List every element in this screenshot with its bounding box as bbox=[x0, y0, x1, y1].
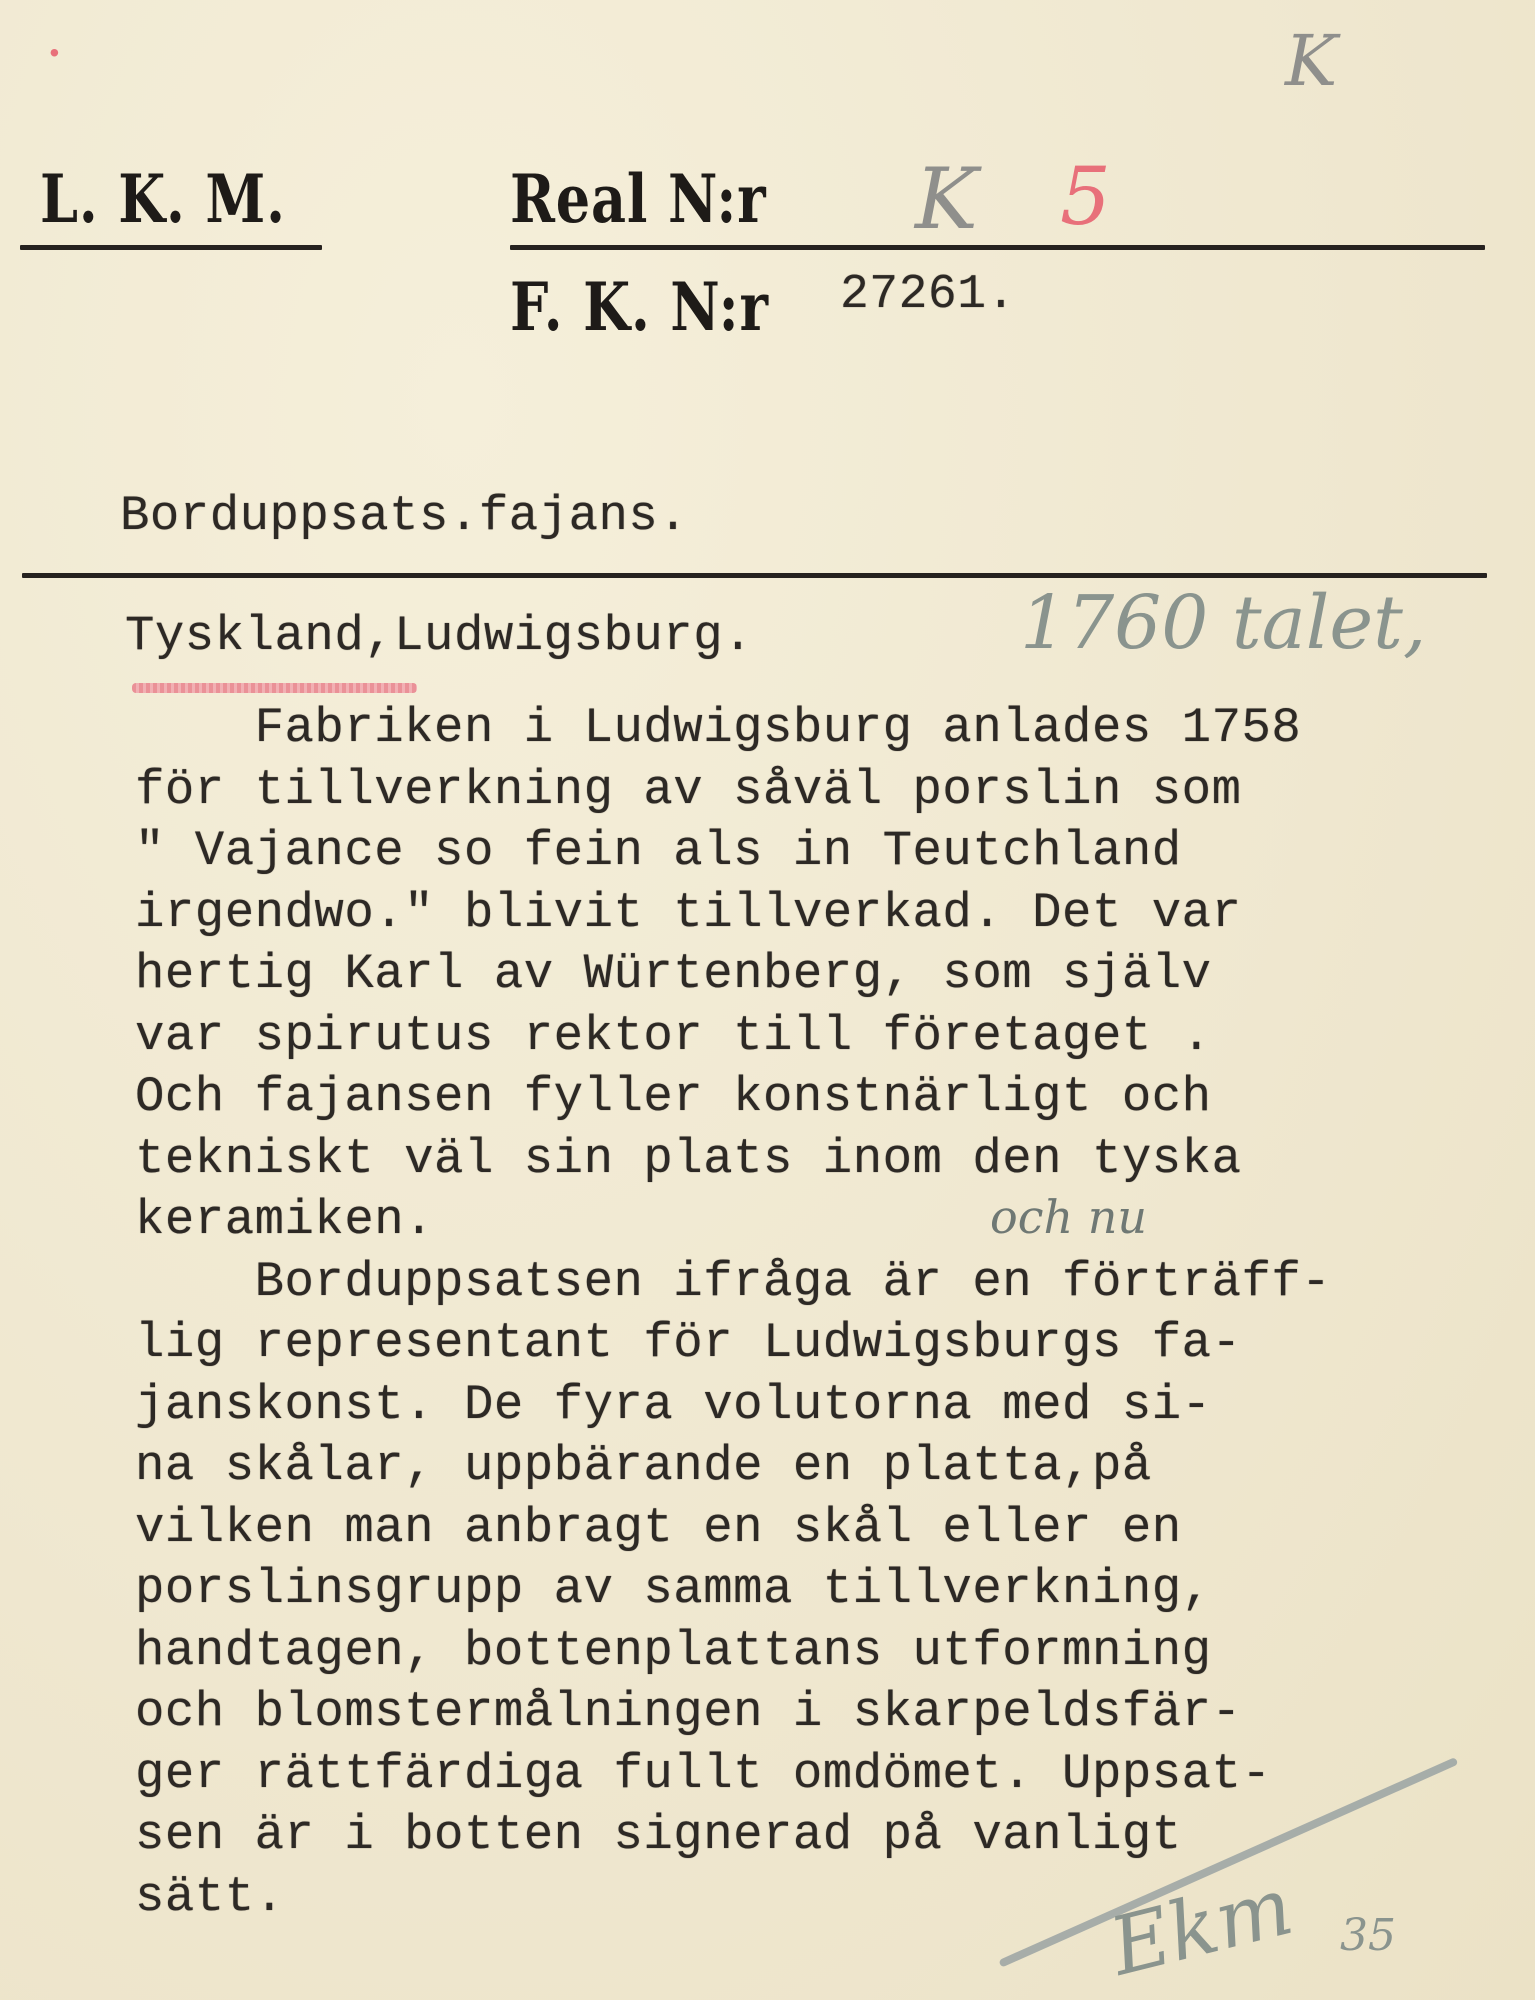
body-line: porslinsgrupp av samma tillverkning, bbox=[135, 1561, 1331, 1623]
description-body: Fabriken i Ludwigsburg anlades 1758 för … bbox=[135, 700, 1331, 1930]
title-rule bbox=[22, 573, 1487, 578]
real-nr-red-value: 5 bbox=[1060, 150, 1111, 243]
red-margin-mark: • bbox=[46, 40, 63, 71]
body-line: Fabriken i Ludwigsburg anlades 1758 bbox=[135, 700, 1331, 762]
handwritten-insertion: och nu bbox=[990, 1190, 1147, 1244]
red-crayon-underline bbox=[132, 683, 417, 693]
museum-label-rule bbox=[20, 245, 322, 250]
signature-year: 35 bbox=[1340, 1910, 1396, 1961]
real-nr-label: Real N:r bbox=[510, 160, 766, 238]
fk-nr-value: 27261. bbox=[840, 268, 1016, 322]
body-line: hertig Karl av Würtenberg, som själv bbox=[135, 946, 1331, 1008]
museum-label: L. K. M. bbox=[40, 160, 286, 238]
body-line: vilken man anbragt en skål eller en bbox=[135, 1500, 1331, 1562]
body-line: sen är i botten signerad på vanligt bbox=[135, 1807, 1331, 1869]
body-line: janskonst. De fyra volutorna med si- bbox=[135, 1377, 1331, 1439]
body-line: var spirutus rektor till företaget . bbox=[135, 1008, 1331, 1070]
pencil-corner-mark: K bbox=[1285, 20, 1337, 102]
body-line: tekniskt väl sin plats inom den tyska bbox=[135, 1131, 1331, 1193]
body-line: och blomstermålningen i skarpeldsfär- bbox=[135, 1684, 1331, 1746]
body-line: handtagen, bottenplattans utformning bbox=[135, 1623, 1331, 1685]
body-line: Och fajansen fyller konstnärligt och bbox=[135, 1069, 1331, 1131]
body-line: lig representant för Ludwigsburgs fa- bbox=[135, 1315, 1331, 1377]
body-line: " Vajance so fein als in Teutchland bbox=[135, 823, 1331, 885]
real-nr-rule bbox=[510, 245, 1485, 250]
origin-place: Tyskland,Ludwigsburg. bbox=[125, 608, 753, 664]
body-line: irgendwo." blivit tillverkad. Det var bbox=[135, 885, 1331, 947]
body-line: för tillverkning av såväl porslin som bbox=[135, 762, 1331, 824]
body-line: Borduppsatsen ifråga är en förträff- bbox=[135, 1254, 1331, 1316]
object-title: Borduppsats.fajans. bbox=[120, 488, 688, 544]
body-line: keramiken. bbox=[135, 1192, 1331, 1254]
fk-nr-label: F. K. N:r bbox=[510, 268, 769, 346]
body-line: ger rättfärdiga fullt omdömet. Uppsat- bbox=[135, 1746, 1331, 1808]
real-nr-pencil-value: K bbox=[915, 150, 978, 248]
handwritten-date: 1760 talet, bbox=[1020, 580, 1426, 666]
body-line: na skålar, uppbärande en platta,på bbox=[135, 1438, 1331, 1500]
